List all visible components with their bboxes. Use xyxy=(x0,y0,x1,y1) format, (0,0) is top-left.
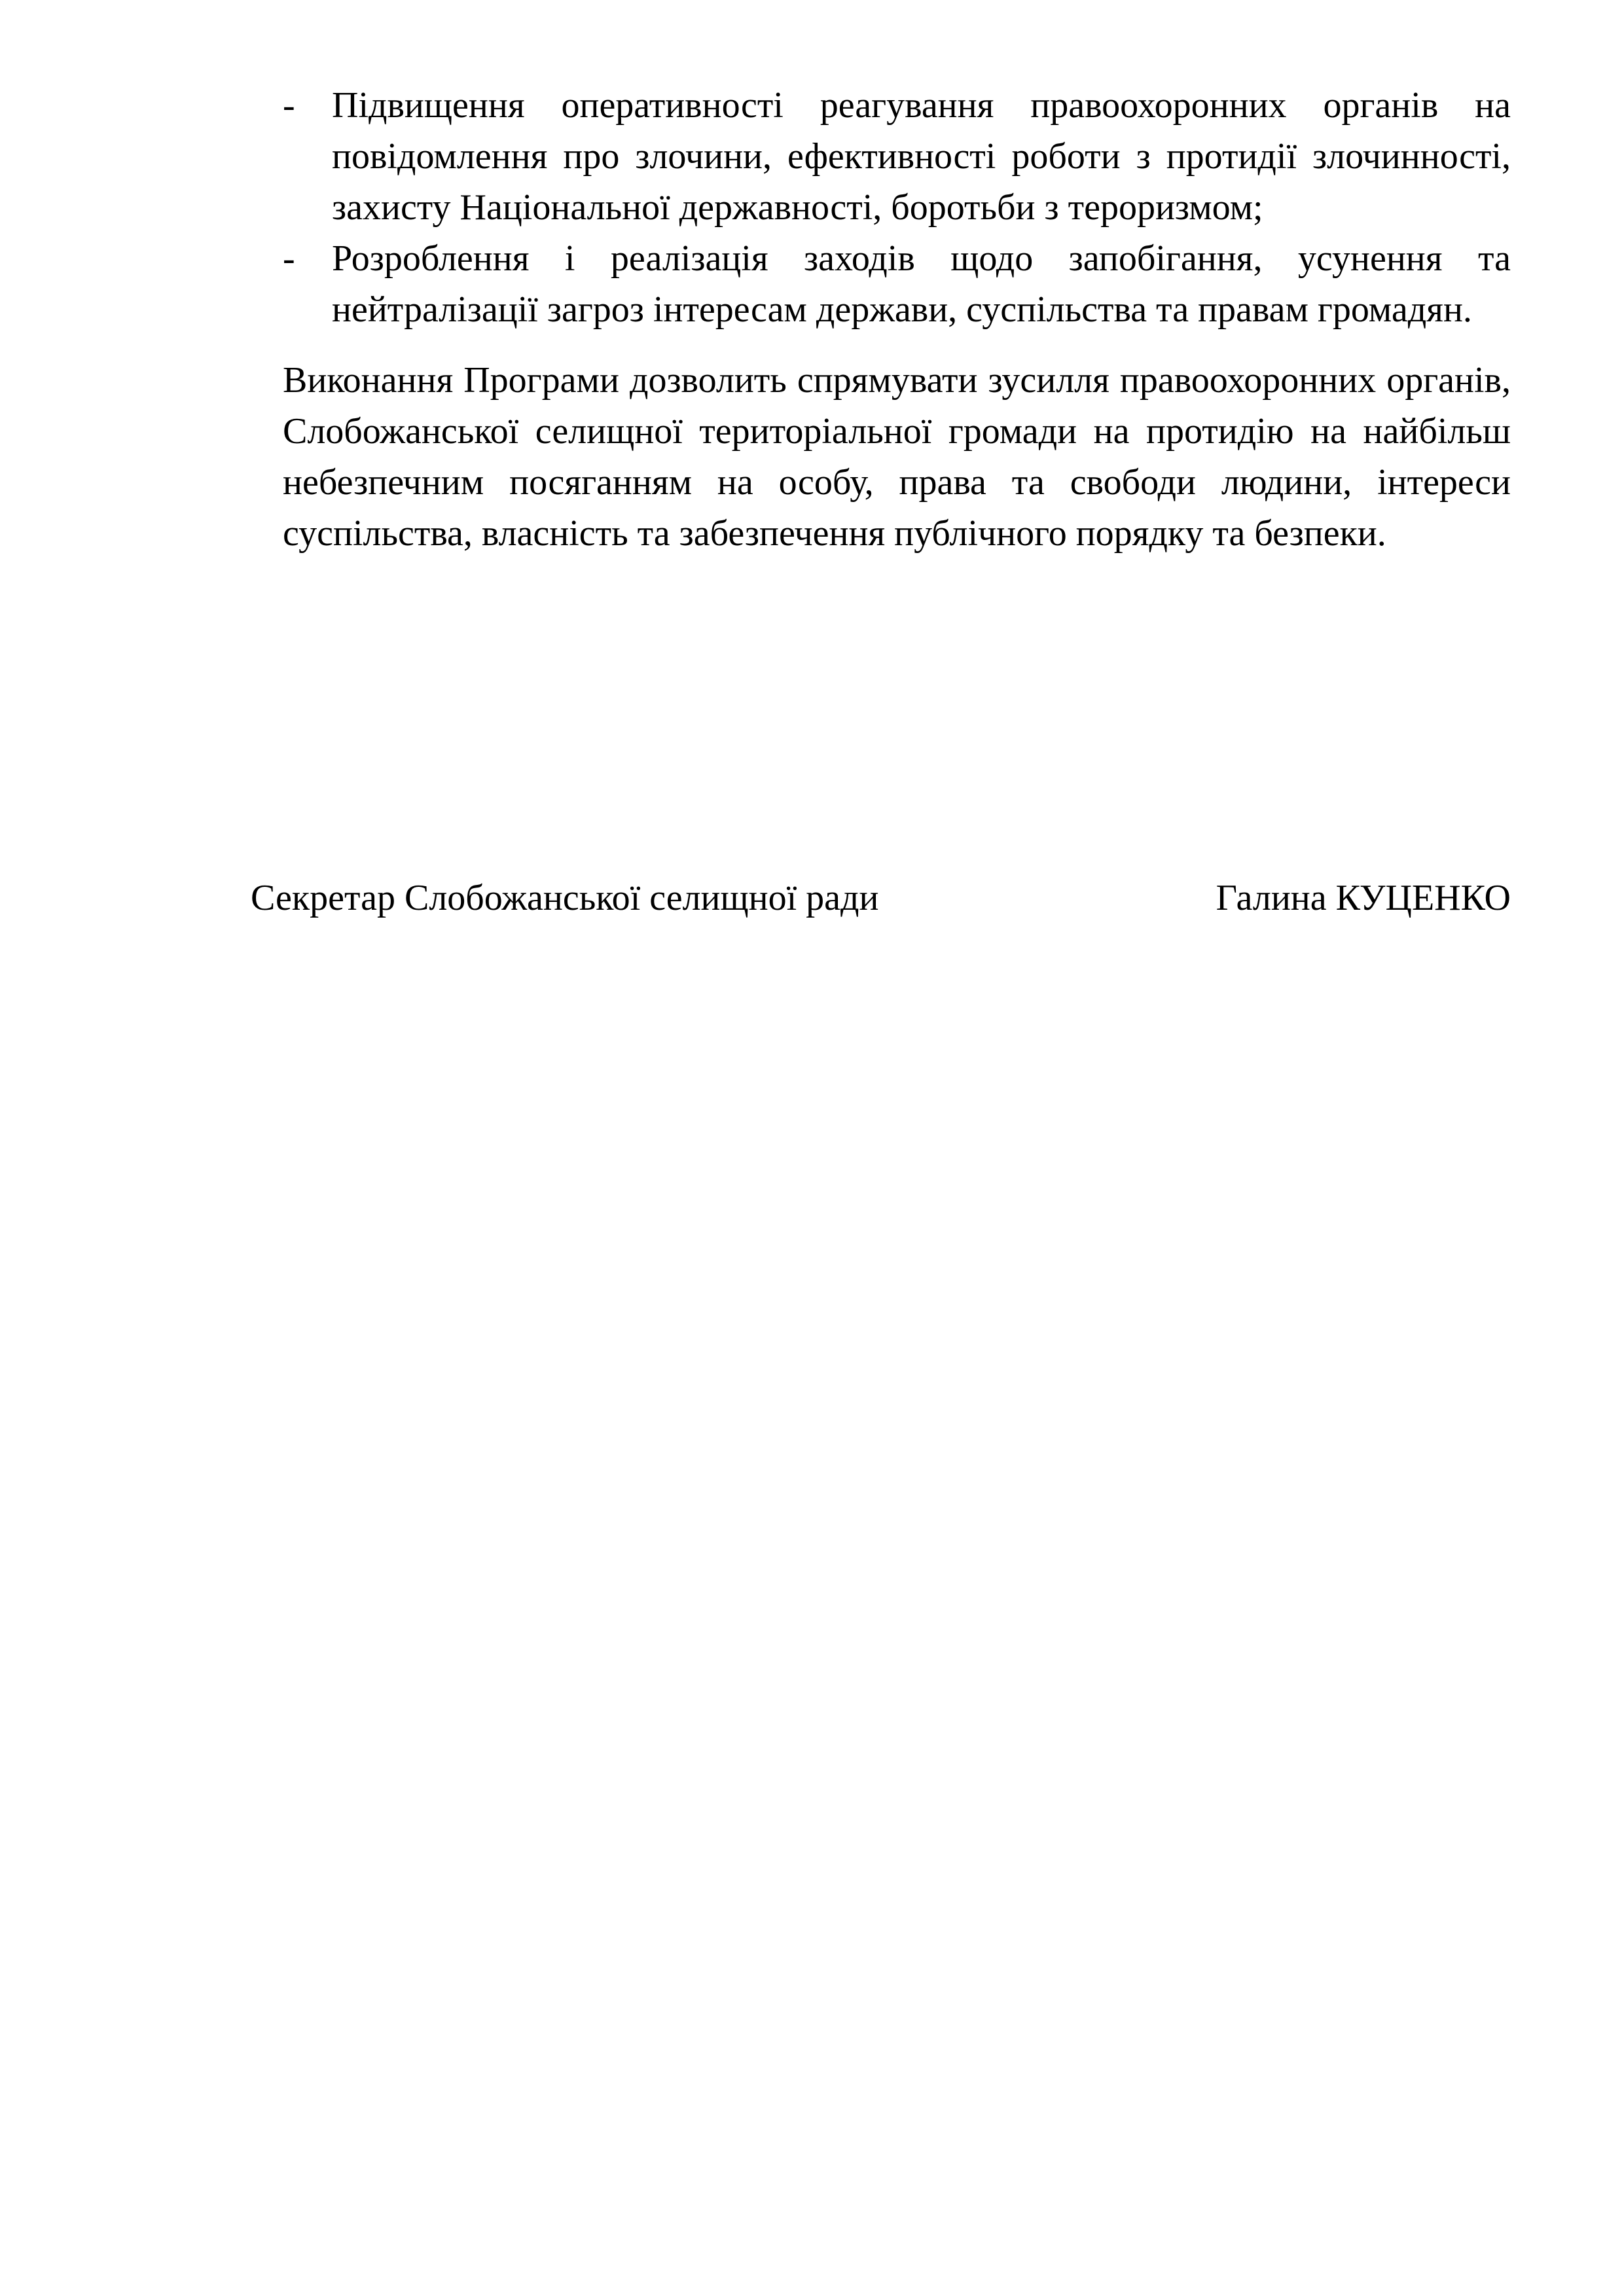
list-item-text: Розроблення і реалізація заходів щодо за… xyxy=(332,233,1511,335)
list-item: - Підвищення оперативності реагування пр… xyxy=(283,80,1511,233)
program-outcome-paragraph: Виконання Програми дозволить спрямувати … xyxy=(283,355,1511,559)
dash-bullet-icon: - xyxy=(283,80,309,131)
list-item-text: Підвищення оперативності реагування прав… xyxy=(332,80,1511,233)
document-page: - Підвищення оперативності реагування пр… xyxy=(0,0,1624,2296)
signature-block: Секретар Слобожанської селищної ради Гал… xyxy=(251,872,1511,924)
signatory-position: Секретар Слобожанської селищної ради xyxy=(251,872,878,924)
signatory-name: Галина КУЦЕНКО xyxy=(1216,872,1511,924)
list-item: - Розроблення і реалізація заходів щодо … xyxy=(283,233,1511,335)
document-body: - Підвищення оперативності реагування пр… xyxy=(283,80,1511,596)
dash-bullet-icon: - xyxy=(283,233,309,284)
goals-list: - Підвищення оперативності реагування пр… xyxy=(283,80,1511,335)
